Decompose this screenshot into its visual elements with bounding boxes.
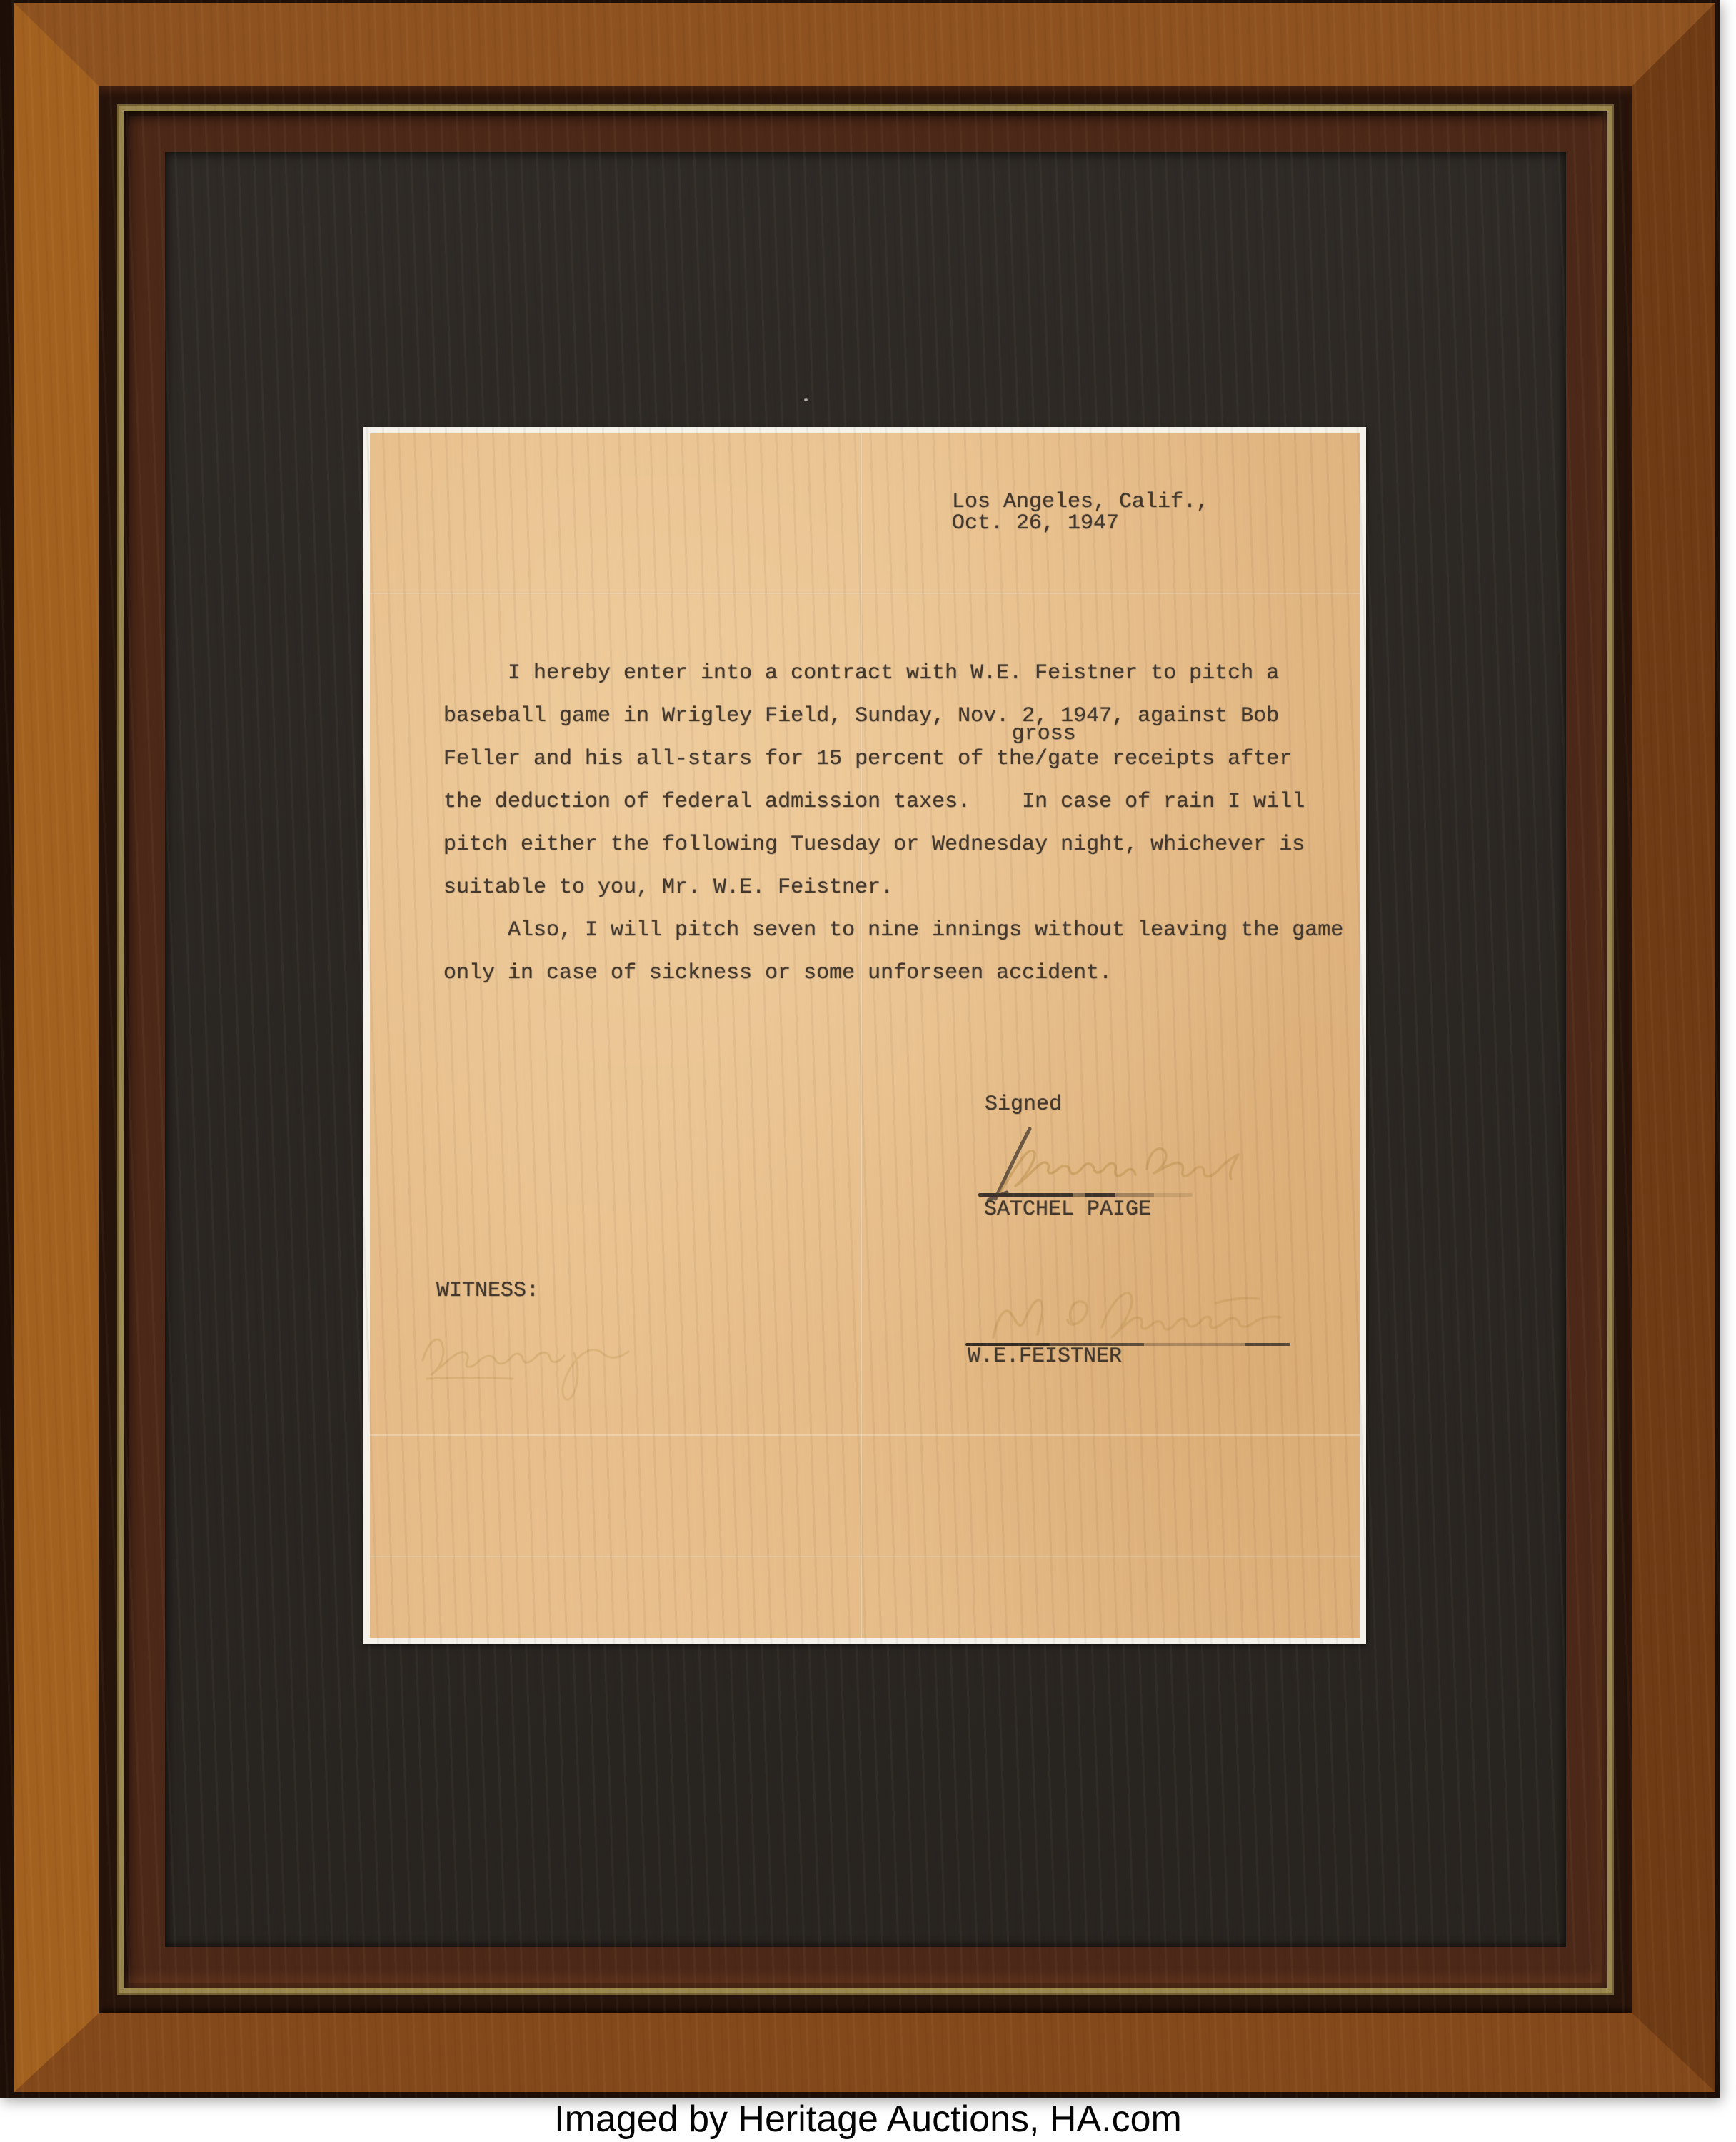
frame-wood-molding: Los Angeles, Calif., Oct. 26, 1947 I her… — [14, 3, 1715, 2092]
interline-insertion: gross — [1012, 723, 1076, 745]
fold-crease-horizontal — [370, 592, 1360, 595]
typed-line: pitch either the following Tuesday or We… — [443, 823, 1343, 866]
fold-crease-horizontal — [370, 1555, 1360, 1558]
typed-line: baseball game in Wrigley Field, Sunday, … — [443, 695, 1343, 738]
paige-signature-line — [978, 1193, 1193, 1197]
fold-crease-vertical — [860, 433, 863, 1638]
frame-gold-fillet: Los Angeles, Calif., Oct. 26, 1947 I her… — [117, 104, 1614, 1995]
countersigner-typed-name: W.E.FEISTNER — [968, 1346, 1122, 1367]
dust-speck — [804, 398, 808, 401]
fold-crease-horizontal — [370, 1434, 1360, 1437]
signed-label: Signed — [985, 1094, 1062, 1115]
dateline-date: Oct. 26, 1947 — [952, 513, 1209, 534]
dateline: Los Angeles, Calif., Oct. 26, 1947 — [952, 491, 1209, 534]
typed-line: I hereby enter into a contract with W.E.… — [443, 652, 1343, 695]
framed-document-photo: Los Angeles, Calif., Oct. 26, 1947 I her… — [0, 0, 1736, 2142]
black-mat: Los Angeles, Calif., Oct. 26, 1947 I her… — [165, 152, 1566, 1947]
typed-line: the deduction of federal admission taxes… — [443, 780, 1343, 823]
witness-label: WITNESS: — [436, 1280, 539, 1302]
witness-signature — [413, 1313, 648, 1413]
frame-inner-molding: Los Angeles, Calif., Oct. 26, 1947 I her… — [124, 111, 1607, 1988]
contract-letter: Los Angeles, Calif., Oct. 26, 1947 I her… — [363, 427, 1366, 1644]
typed-line: only in case of sickness or some unforse… — [443, 952, 1343, 995]
typed-line: Also, I will pitch seven to nine innings… — [443, 909, 1343, 952]
picture-frame: Los Angeles, Calif., Oct. 26, 1947 I her… — [0, 0, 1720, 2098]
signer-typed-name: SATCHEL PAIGE — [984, 1199, 1151, 1220]
typed-line: Feller and his all-stars for 15 percent … — [443, 738, 1343, 780]
letter-body: I hereby enter into a contract with W.E.… — [443, 652, 1343, 995]
dateline-city: Los Angeles, Calif., — [952, 491, 1209, 513]
auction-house-caption: Imaged by Heritage Auctions, HA.com — [0, 2096, 1736, 2142]
typed-line-text: Feller and his all-stars for 15 percent … — [443, 747, 1292, 771]
frame-inner-dark-band: Los Angeles, Calif., Oct. 26, 1947 I her… — [99, 86, 1632, 2013]
typed-line: suitable to you, Mr. W.E. Feistner. — [443, 866, 1343, 909]
paige-signature — [977, 1119, 1248, 1205]
